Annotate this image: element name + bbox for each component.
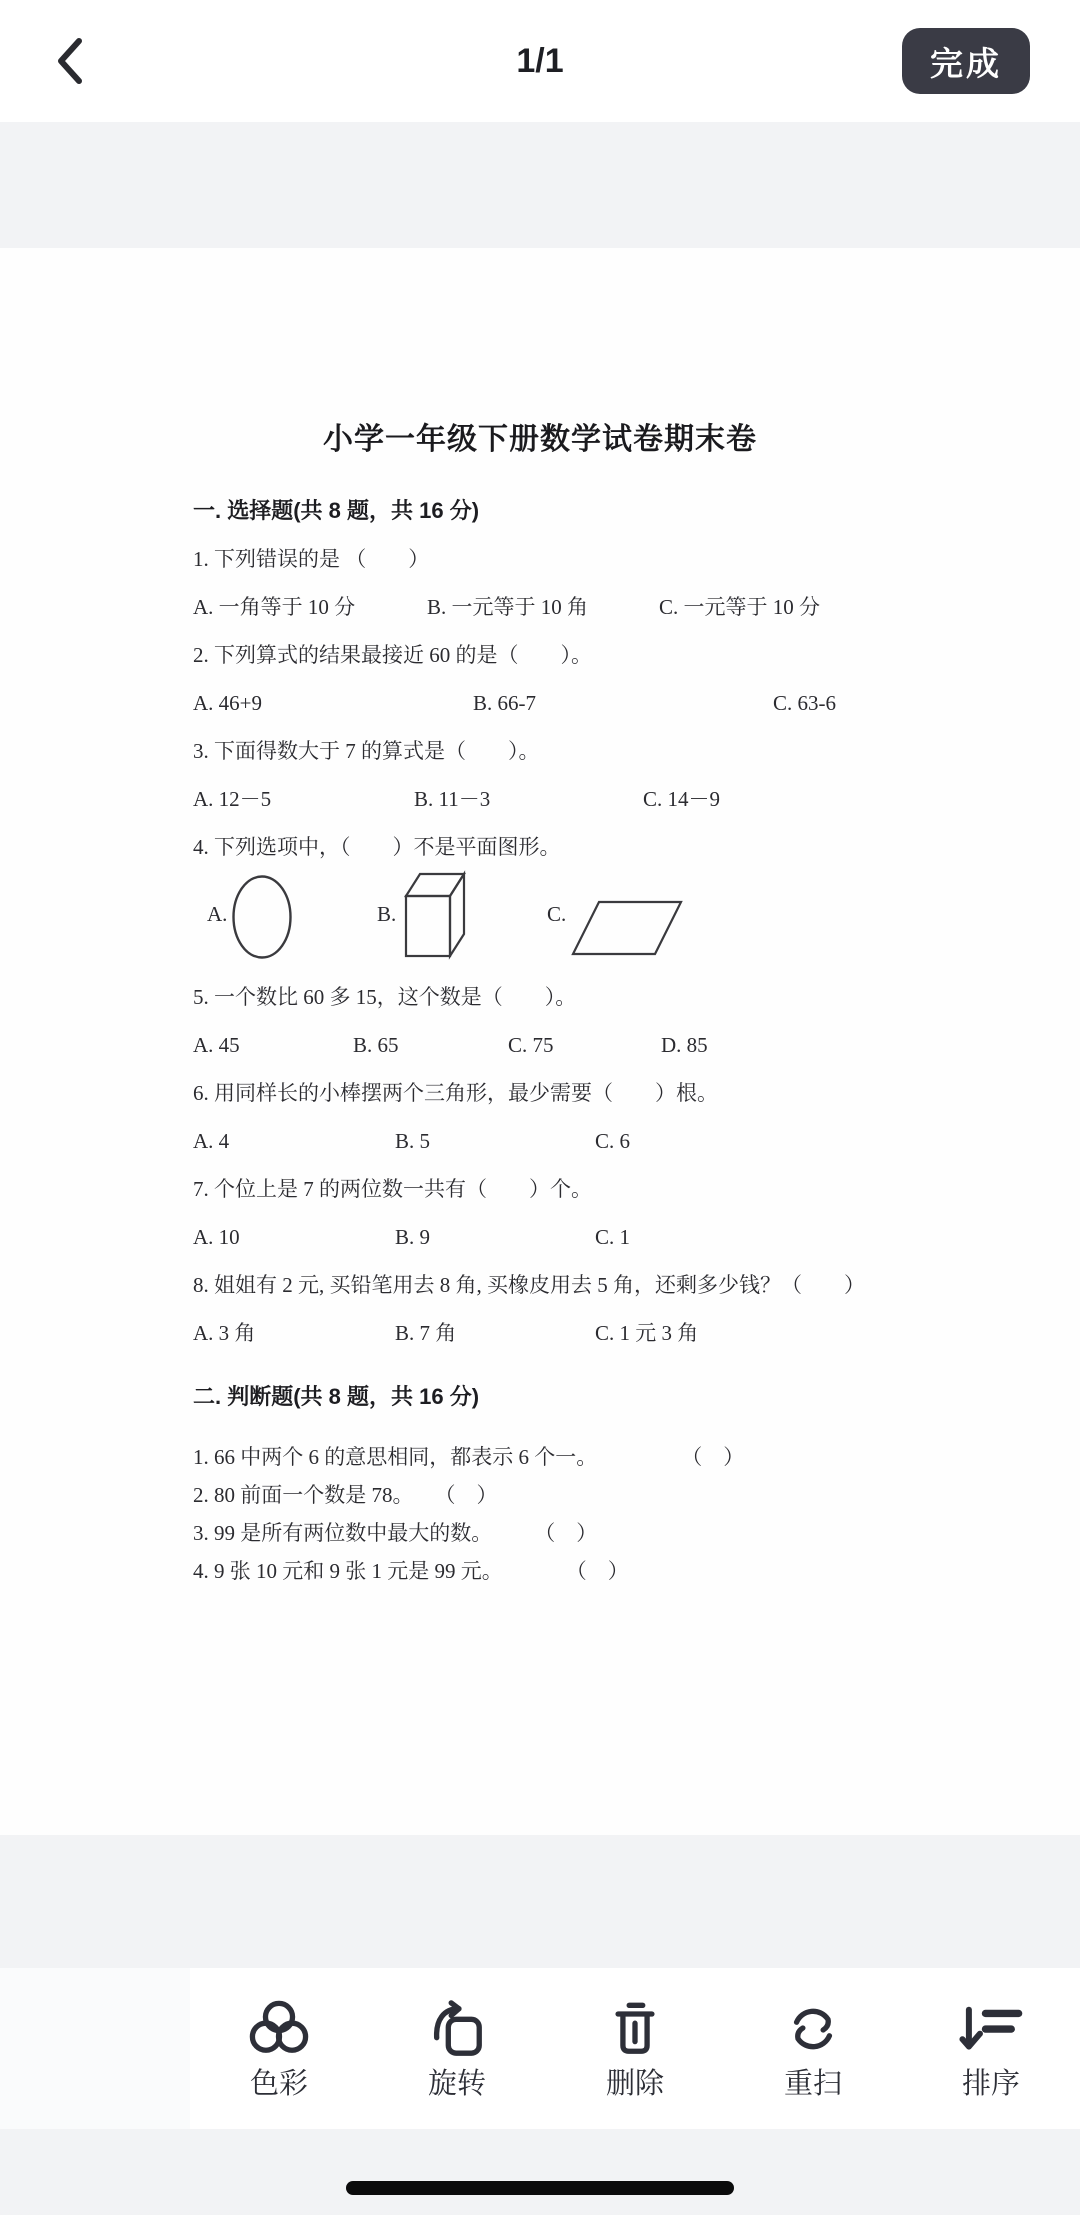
tool-label: 重扫 — [784, 2068, 842, 2100]
option: B. 11－3 — [414, 784, 643, 814]
option: A. 46+9 — [193, 688, 473, 718]
question-7-options: A. 10 B. 9 C. 1 — [193, 1222, 930, 1252]
question-7: 7. 个位上是 7 的两位数一共有（ ）个。 — [193, 1174, 930, 1204]
rescan-button[interactable]: 重扫 — [724, 1968, 902, 2129]
judgment-item-4: 4. 9 张 10 元和 9 张 1 元是 99 元。 （ ） — [193, 1556, 930, 1586]
question-6-options: A. 4 B. 5 C. 6 — [193, 1126, 930, 1156]
sort-icon — [956, 1998, 1026, 2058]
color-button[interactable]: 色彩 — [190, 1968, 368, 2129]
option: A. 12－5 — [193, 784, 414, 814]
question-3-options: A. 12－5 B. 11－3 C. 14－9 — [193, 784, 930, 814]
question-8-options: A. 3 角 B. 7 角 C. 1 元 3 角 — [193, 1318, 930, 1348]
parallelogram-shape — [571, 898, 683, 958]
background-band-top — [0, 122, 1080, 248]
option-label: C. — [547, 902, 566, 927]
option: B. 一元等于 10 角 — [427, 592, 659, 622]
done-button[interactable]: 完成 — [902, 28, 1030, 94]
section-2-heading: 二. 判断题(共 8 题，共 16 分) — [193, 1382, 930, 1412]
question-6: 6. 用同样长的小棒摆两个三角形，最少需要（ ）根。 — [193, 1078, 930, 1108]
option: A. 4 — [193, 1126, 395, 1156]
home-indicator-handle[interactable] — [346, 2181, 734, 2195]
option: C. 6 — [595, 1126, 630, 1156]
trash-icon — [605, 1998, 665, 2058]
top-bar: 1/1 完成 — [0, 0, 1080, 122]
option: C. 75 — [508, 1030, 661, 1060]
cube-shape — [403, 868, 469, 964]
question-5-options: A. 45 B. 65 C. 75 D. 85 — [193, 1030, 930, 1060]
judgment-item-3: 3. 99 是所有两位数中最大的数。 （ ） — [193, 1518, 930, 1548]
option: A. 45 — [193, 1030, 353, 1060]
question-4: 4. 下列选项中，（ ）不是平面图形。 — [193, 832, 930, 862]
tool-label: 色彩 — [250, 2068, 308, 2100]
rescan-icon — [783, 1998, 843, 2058]
document-content: 小学一年级下册数学试卷期末卷 一. 选择题(共 8 题，共 16 分) 1. 下… — [0, 248, 1080, 1586]
question-8: 8. 姐姐有 2 元, 买铅笔用去 8 角, 买橡皮用去 5 角，还剩多少钱？（… — [193, 1270, 930, 1300]
question-1-options: A. 一角等于 10 分 B. 一元等于 10 角 C. 一元等于 10 分 — [193, 592, 930, 622]
option: B. 65 — [353, 1030, 508, 1060]
option: B. 66-7 — [473, 688, 773, 718]
circle-shape — [231, 874, 293, 960]
scanned-document-page[interactable]: 小学一年级下册数学试卷期末卷 一. 选择题(共 8 题，共 16 分) 1. 下… — [0, 248, 1080, 1835]
tool-label: 排序 — [962, 2068, 1020, 2100]
question-5: 5. 一个数比 60 多 15，这个数是（ ）。 — [193, 982, 930, 1012]
question-1: 1. 下列错误的是 （ ） — [193, 544, 930, 574]
bottom-toolbar: 色彩 旋转 删除 — [0, 1968, 1080, 2129]
background-band-middle — [0, 1835, 1080, 1968]
section-1-heading: 一. 选择题(共 8 题，共 16 分) — [193, 496, 930, 526]
option: B. 9 — [395, 1222, 595, 1252]
option: A. 一角等于 10 分 — [193, 592, 427, 622]
option-label: B. — [377, 902, 396, 927]
option-label: A. — [207, 902, 227, 927]
rotate-button[interactable]: 旋转 — [368, 1968, 546, 2129]
option: C. 1 — [595, 1222, 630, 1252]
question-3: 3. 下面得数大于 7 的算式是（ ）。 — [193, 736, 930, 766]
scan-preview-screen: 1/1 完成 小学一年级下册数学试卷期末卷 一. 选择题(共 8 题，共 16 … — [0, 0, 1080, 2215]
option: C. 63-6 — [773, 688, 836, 718]
judgment-item-1: 1. 66 中两个 6 的意思相同，都表示 6 个一。 （ ） — [193, 1442, 930, 1472]
question-4-shape-options: A. B. C. — [193, 872, 930, 964]
option: C. 一元等于 10 分 — [659, 592, 820, 622]
document-title: 小学一年级下册数学试卷期末卷 — [193, 420, 887, 460]
option: A. 3 角 — [193, 1318, 395, 1348]
tool-label: 删除 — [606, 2068, 664, 2100]
question-2: 2. 下列算式的结果最接近 60 的是（ ）。 — [193, 640, 930, 670]
background-band-bottom — [0, 2129, 1080, 2215]
rotate-icon — [427, 1998, 487, 2058]
sort-button[interactable]: 排序 — [902, 1968, 1080, 2129]
color-palette-icon — [249, 1998, 309, 2058]
judgment-item-2: 2. 80 前面一个数是 78。 （ ） — [193, 1480, 930, 1510]
tool-label: 旋转 — [428, 2068, 486, 2100]
option: B. 7 角 — [395, 1318, 595, 1348]
question-2-options: A. 46+9 B. 66-7 C. 63-6 — [193, 688, 930, 718]
option: B. 5 — [395, 1126, 595, 1156]
delete-button[interactable]: 删除 — [546, 1968, 724, 2129]
option: A. 10 — [193, 1222, 395, 1252]
option: C. 14－9 — [643, 784, 720, 814]
option: D. 85 — [661, 1030, 708, 1060]
option: C. 1 元 3 角 — [595, 1318, 698, 1348]
